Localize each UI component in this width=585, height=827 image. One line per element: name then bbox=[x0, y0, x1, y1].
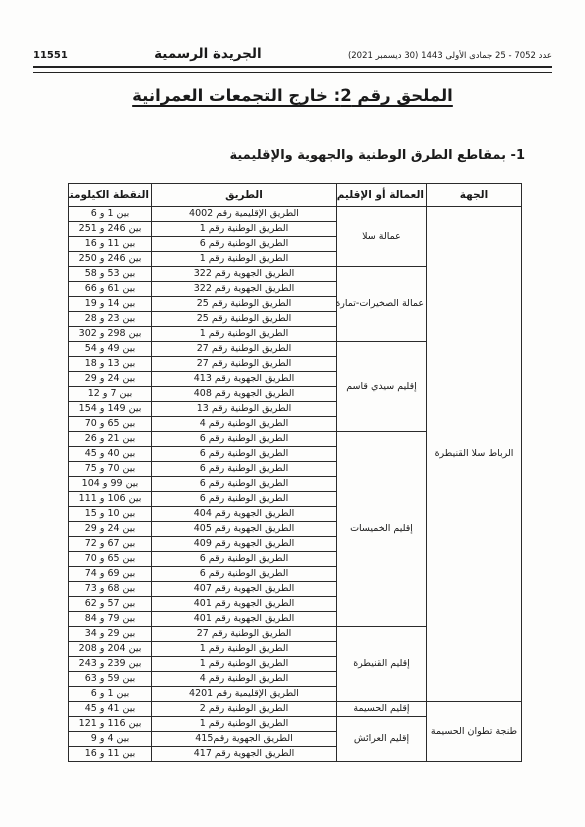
header-divider bbox=[33, 66, 552, 73]
journal-title: الجريدة الرسمية bbox=[154, 46, 261, 62]
road-cell: الطريق الجهوية رقم 401 bbox=[152, 612, 337, 627]
running-head: عدد 7052 - 25 جمادى الأولى 1443 (30 ديسم… bbox=[33, 46, 552, 62]
road-cell: الطريق الجهوية رقم 322 bbox=[152, 282, 337, 297]
km-cell: بين 11 و 16 bbox=[69, 747, 152, 762]
road-cell: الطريق الجهوية رقم 407 bbox=[152, 582, 337, 597]
column-header-km: النقطة الكيلومترية bbox=[69, 184, 152, 207]
road-cell: الطريق الجهوية رقم415 bbox=[152, 732, 337, 747]
road-cell: الطريق الجهوية رقم 413 bbox=[152, 372, 337, 387]
km-cell: بين 59 و 63 bbox=[69, 672, 152, 687]
issue-info: عدد 7052 - 25 جمادى الأولى 1443 (30 ديسم… bbox=[348, 51, 552, 61]
road-cell: الطريق الوطنية رقم 2 bbox=[152, 702, 337, 717]
road-cell: الطريق الوطنية رقم 4 bbox=[152, 672, 337, 687]
road-cell: الطريق الوطنية رقم 25 bbox=[152, 297, 337, 312]
province-cell: عمالة الصخيرات-تمارة bbox=[337, 267, 427, 342]
region-cell: طنجة تطوان الحسيمة bbox=[427, 702, 522, 762]
km-cell: بين 246 و 250 bbox=[69, 252, 152, 267]
page-number: 11551 bbox=[33, 50, 68, 61]
road-cell: الطريق الجهوية رقم 401 bbox=[152, 597, 337, 612]
road-cell: الطريق الجهوية رقم 409 bbox=[152, 537, 337, 552]
km-cell: بين 65 و 70 bbox=[69, 417, 152, 432]
km-cell: بين 24 و 29 bbox=[69, 522, 152, 537]
km-cell: بين 68 و 73 bbox=[69, 582, 152, 597]
km-cell: بين 40 و 45 bbox=[69, 447, 152, 462]
section-heading: 1- بمقاطع الطرق الوطنية والجهوية والإقلي… bbox=[0, 148, 525, 163]
km-cell: بين 57 و 62 bbox=[69, 597, 152, 612]
province-cell: إقليم العرائش bbox=[337, 717, 427, 762]
column-header-road: الطريق bbox=[152, 184, 337, 207]
roads-table: الجهة العمالة أو الإقليم الطريق النقطة ا… bbox=[68, 183, 522, 762]
km-cell: بين 53 و 58 bbox=[69, 267, 152, 282]
road-cell: الطريق الجهوية رقم 417 bbox=[152, 747, 337, 762]
km-cell: بين 70 و 75 bbox=[69, 462, 152, 477]
km-cell: بين 29 و 34 bbox=[69, 627, 152, 642]
road-cell: الطريق الوطنية رقم 6 bbox=[152, 237, 337, 252]
km-cell: بين 4 و 9 bbox=[69, 732, 152, 747]
km-cell: بين 79 و 84 bbox=[69, 612, 152, 627]
road-cell: الطريق الوطنية رقم 6 bbox=[152, 477, 337, 492]
road-cell: الطريق الجهوية رقم 408 bbox=[152, 387, 337, 402]
km-cell: بين 10 و 15 bbox=[69, 507, 152, 522]
road-cell: الطريق الوطنية رقم 1 bbox=[152, 657, 337, 672]
header-row: الجهة العمالة أو الإقليم الطريق النقطة ا… bbox=[69, 184, 522, 207]
road-cell: الطريق الوطنية رقم 6 bbox=[152, 567, 337, 582]
road-cell: الطريق الجهوية رقم 405 bbox=[152, 522, 337, 537]
km-cell: بين 23 و 28 bbox=[69, 312, 152, 327]
province-cell: عمالة سلا bbox=[337, 207, 427, 267]
road-cell: الطريق الوطنية رقم 27 bbox=[152, 342, 337, 357]
road-cell: الطريق الوطنية رقم 25 bbox=[152, 312, 337, 327]
road-cell: الطريق الجهوية رقم 322 bbox=[152, 267, 337, 282]
road-cell: الطريق الوطنية رقم 1 bbox=[152, 642, 337, 657]
document-title: الملحق رقم 2: خارج التجمعات العمرانية bbox=[0, 86, 585, 105]
road-cell: الطريق الوطنية رقم 6 bbox=[152, 447, 337, 462]
road-cell: الطريق الوطنية رقم 13 bbox=[152, 402, 337, 417]
km-cell: بين 116 و 121 bbox=[69, 717, 152, 732]
km-cell: بين 69 و 74 bbox=[69, 567, 152, 582]
km-cell: بين 1 و 6 bbox=[69, 207, 152, 222]
road-cell: الطريق الوطنية رقم 4 bbox=[152, 417, 337, 432]
road-cell: الطريق الوطنية رقم 27 bbox=[152, 357, 337, 372]
roads-table-head: الجهة العمالة أو الإقليم الطريق النقطة ا… bbox=[69, 184, 522, 207]
road-cell: الطريق الوطنية رقم 1 bbox=[152, 327, 337, 342]
roads-table-body: الرباط سلا القنيطرةعمالة سلاالطريق الإقل… bbox=[69, 207, 522, 762]
gazette-page: عدد 7052 - 25 جمادى الأولى 1443 (30 ديسم… bbox=[0, 0, 585, 827]
province-cell: إقليم سيدي قاسم bbox=[337, 342, 427, 432]
km-cell: بين 24 و 29 bbox=[69, 372, 152, 387]
km-cell: بين 99 و 104 bbox=[69, 477, 152, 492]
column-header-province: العمالة أو الإقليم bbox=[337, 184, 427, 207]
road-cell: الطريق الوطنية رقم 1 bbox=[152, 252, 337, 267]
km-cell: بين 1 و 6 bbox=[69, 687, 152, 702]
km-cell: بين 49 و 54 bbox=[69, 342, 152, 357]
km-cell: بين 149 و 154 bbox=[69, 402, 152, 417]
road-cell: الطريق الجهوية رقم 404 bbox=[152, 507, 337, 522]
km-cell: بين 67 و 72 bbox=[69, 537, 152, 552]
road-cell: الطريق الإقليمية رقم 4201 bbox=[152, 687, 337, 702]
province-cell: إقليم القنيطرة bbox=[337, 627, 427, 702]
km-cell: بين 14 و 19 bbox=[69, 297, 152, 312]
km-cell: بين 41 و 45 bbox=[69, 702, 152, 717]
km-cell: بين 298 و 302 bbox=[69, 327, 152, 342]
km-cell: بين 61 و 66 bbox=[69, 282, 152, 297]
km-cell: بين 106 و 111 bbox=[69, 492, 152, 507]
km-cell: بين 13 و 18 bbox=[69, 357, 152, 372]
province-cell: إقليم الحسيمة bbox=[337, 702, 427, 717]
table-row: الرباط سلا القنيطرةعمالة سلاالطريق الإقل… bbox=[69, 207, 522, 222]
road-cell: الطريق الإقليمية رقم 4002 bbox=[152, 207, 337, 222]
road-cell: الطريق الوطنية رقم 6 bbox=[152, 492, 337, 507]
road-cell: الطريق الوطنية رقم 6 bbox=[152, 552, 337, 567]
road-cell: الطريق الوطنية رقم 6 bbox=[152, 432, 337, 447]
province-cell: إقليم الخميسات bbox=[337, 432, 427, 627]
road-cell: الطريق الوطنية رقم 6 bbox=[152, 462, 337, 477]
km-cell: بين 65 و 70 bbox=[69, 552, 152, 567]
road-cell: الطريق الوطنية رقم 1 bbox=[152, 222, 337, 237]
km-cell: بين 204 و 208 bbox=[69, 642, 152, 657]
column-header-region: الجهة bbox=[427, 184, 522, 207]
region-cell: الرباط سلا القنيطرة bbox=[427, 207, 522, 702]
table-row: طنجة تطوان الحسيمةإقليم الحسيمةالطريق ال… bbox=[69, 702, 522, 717]
road-cell: الطريق الوطنية رقم 1 bbox=[152, 717, 337, 732]
km-cell: بين 246 و 251 bbox=[69, 222, 152, 237]
km-cell: بين 21 و 26 bbox=[69, 432, 152, 447]
road-cell: الطريق الوطنية رقم 27 bbox=[152, 627, 337, 642]
km-cell: بين 11 و 16 bbox=[69, 237, 152, 252]
km-cell: بين 239 و 243 bbox=[69, 657, 152, 672]
km-cell: بين 7 و 12 bbox=[69, 387, 152, 402]
